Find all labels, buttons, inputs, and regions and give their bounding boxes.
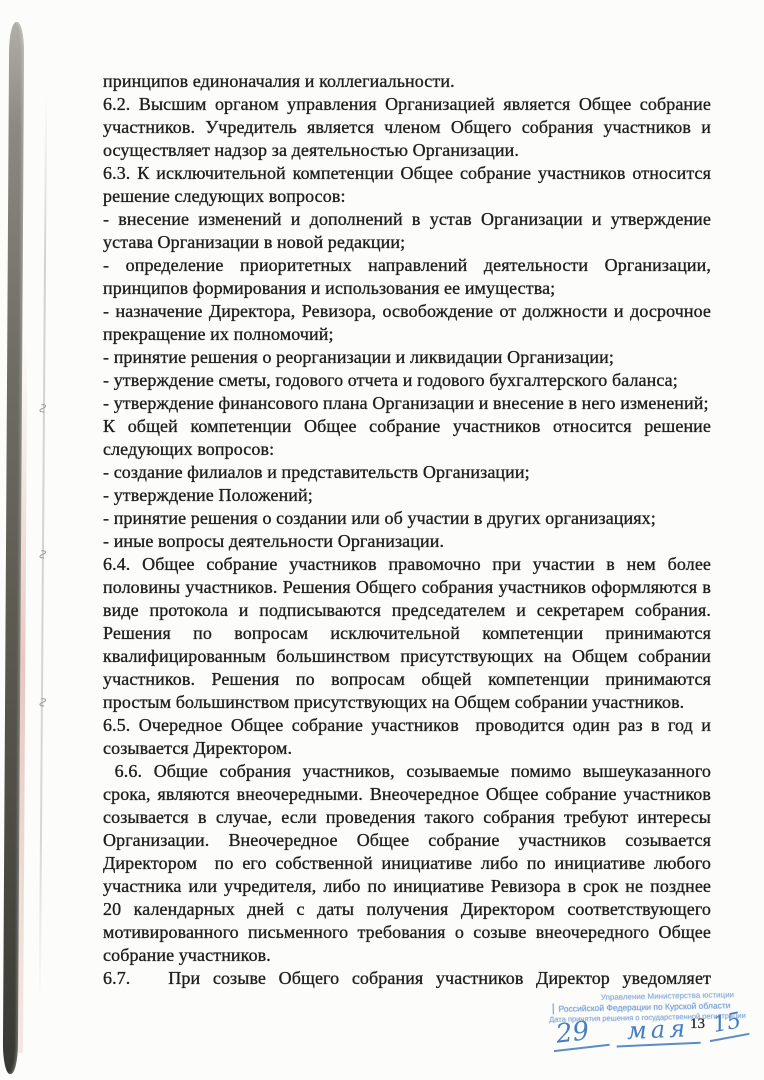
binding-mark-icon	[32, 695, 51, 710]
text-line: Решения по вопросам исключительной компе…	[103, 622, 711, 645]
text-line: - принятие решения о создании или об уча…	[103, 507, 711, 530]
text-line: Организации. Внеочередное Общее собрание…	[103, 829, 711, 852]
text-line: 6.4. Общее собрание участников правомочн…	[103, 553, 711, 576]
text-line: - внесение изменений и дополнений в уста…	[103, 208, 711, 231]
text-line: 6.6. Общие собрания участников, созываем…	[103, 760, 711, 783]
text-line: виде протокола и подписываются председат…	[103, 599, 711, 622]
text-line: К общей компетенции Общее собрание участ…	[103, 415, 711, 438]
text-line: осуществляет надзор за деятельностью Орг…	[103, 139, 711, 162]
text-line: Директором по его собственной инициативе…	[103, 852, 711, 875]
scanned-page: принципов единоначалия и коллегиальности…	[0, 0, 764, 1080]
text-line: 6.5. Очередное Общее собрание участников…	[103, 714, 711, 737]
text-line: 20 календарных дней с даты получения Дир…	[103, 898, 711, 921]
text-line: - иные вопросы деятельности Организации.	[103, 530, 711, 553]
text-line: - утверждение Положений;	[103, 484, 711, 507]
text-line: участника или учредителя, либо по инициа…	[103, 875, 711, 898]
text-line: срока, являются внеочередными. Внеочеред…	[103, 783, 711, 806]
text-line: - утверждение сметы, годового отчета и г…	[103, 369, 711, 392]
text-line: 6.7. При созыве Общего собрания участник…	[103, 967, 711, 990]
text-line: половины участников. Решения Общего собр…	[103, 576, 711, 599]
text-line: участников. Решения по вопросам общей ко…	[103, 668, 711, 691]
scan-edge-shadow	[3, 22, 24, 1074]
text-line: мотивированного письменного требования о…	[103, 921, 711, 944]
text-line: 6.3. К исключительной компетенции Общее …	[103, 162, 711, 185]
text-line: собрание участников.	[103, 944, 711, 967]
text-line: созывается в случае, если проведения так…	[103, 806, 711, 829]
document-text: принципов единоначалия и коллегиальности…	[103, 70, 711, 990]
text-line: участников. Учредитель является членом О…	[103, 116, 711, 139]
text-line: решение следующих вопросов:	[103, 185, 711, 208]
text-line: - принятие решения о реорганизации и лик…	[103, 346, 711, 369]
text-line: - определение приоритетных направлений д…	[103, 254, 711, 277]
stamp-handwritten-date: 29 мая 15	[551, 1010, 748, 1051]
text-line: простым большинством присутствующих на О…	[103, 691, 711, 714]
text-line: устава Организации в новой редакции;	[103, 231, 711, 254]
text-line: квалифицированным большинством присутств…	[103, 645, 711, 668]
binding-mark-icon	[32, 547, 51, 562]
text-line: принципов формирования и использования е…	[103, 277, 711, 300]
text-line: прекращение их полномочий;	[103, 323, 711, 346]
text-line: принципов единоначалия и коллегиальности…	[103, 70, 711, 93]
page-number: 13	[690, 1016, 705, 1033]
text-line: следующих вопросов:	[103, 438, 711, 461]
text-line: - создание филиалов и представительств О…	[103, 461, 711, 484]
handwritten-day: 29	[550, 1014, 609, 1052]
binding-mark-icon	[32, 401, 51, 416]
handwritten-year: 15	[705, 1007, 749, 1042]
text-line: созывается Директором.	[103, 737, 711, 760]
text-line: - назначение Директора, Ревизора, освобо…	[103, 300, 711, 323]
text-line: 6.2. Высшим органом управления Организац…	[103, 93, 711, 116]
stamp-line-authority: Управление Министерства юстиции	[601, 989, 745, 1003]
text-line: - утверждение финансового плана Организа…	[103, 392, 711, 415]
handwritten-month: мая	[615, 1014, 700, 1048]
